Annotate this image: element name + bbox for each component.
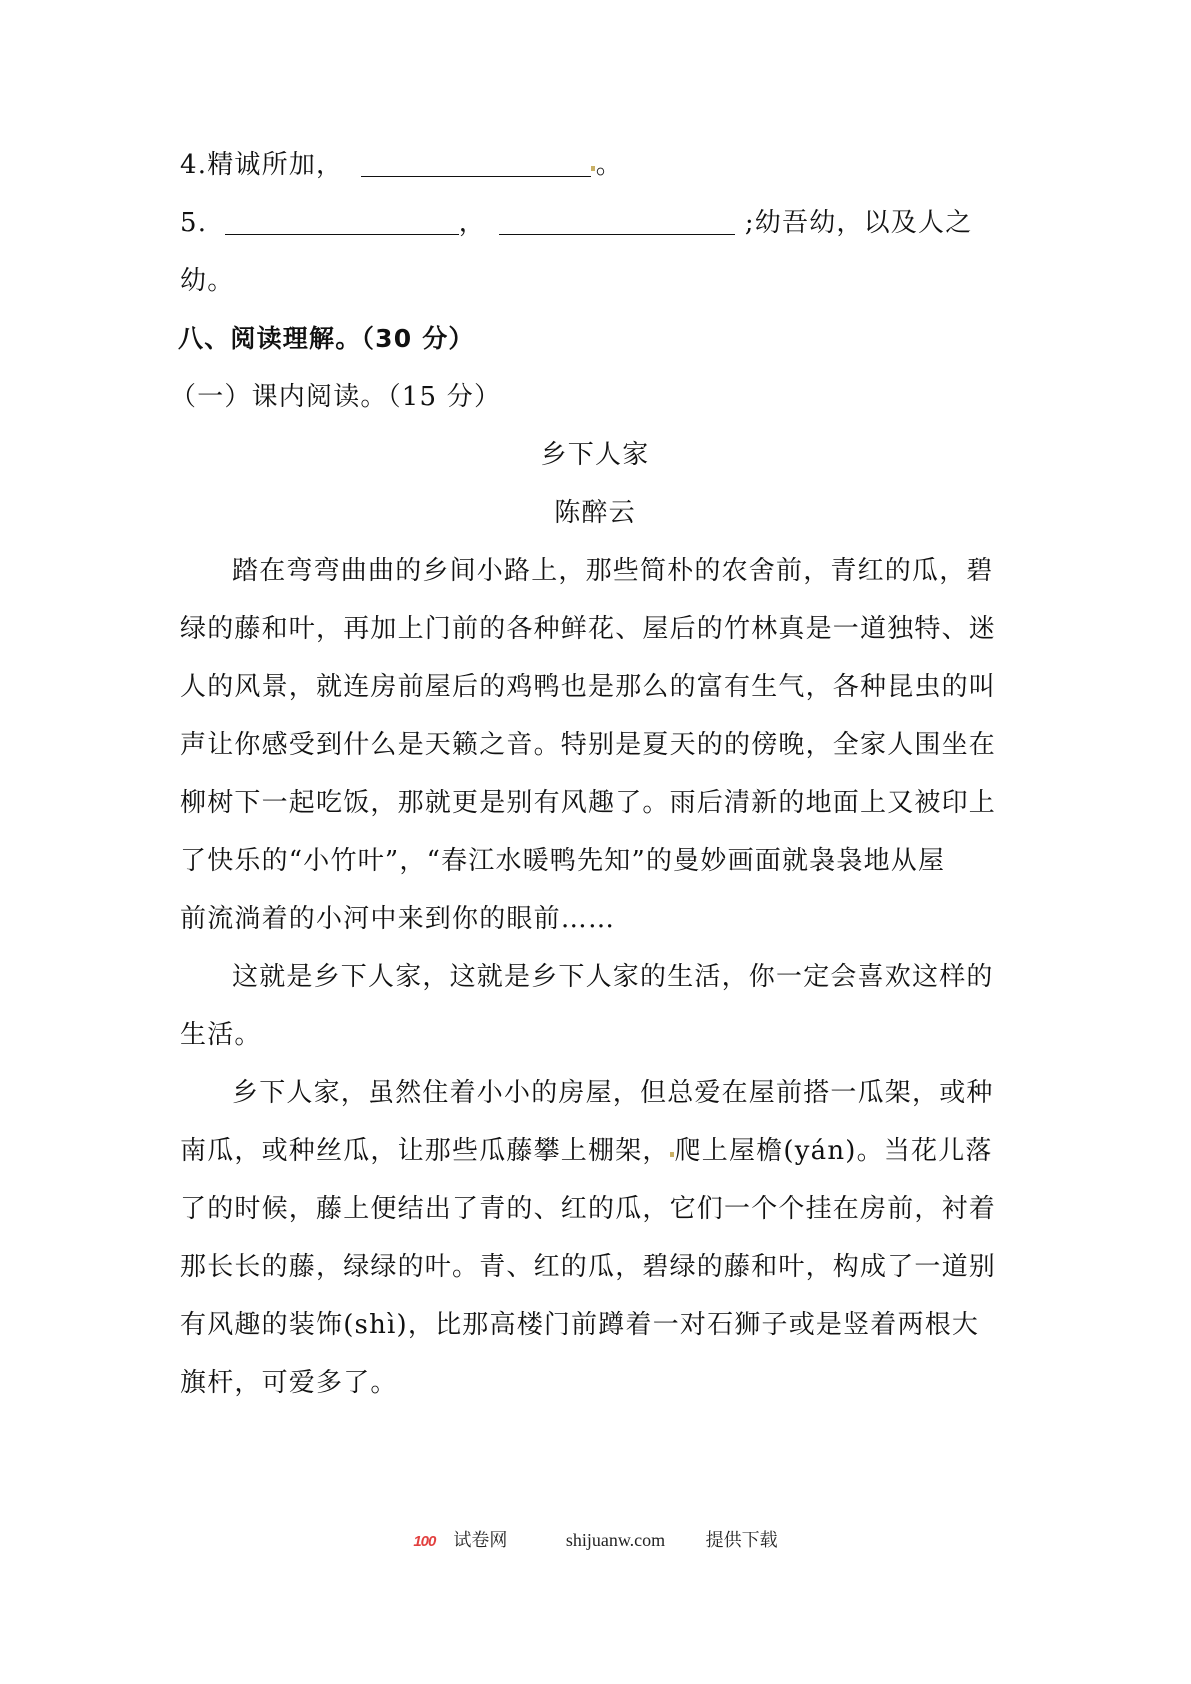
fill-question-5: 5. ， ;幼吾幼，以及人之 <box>180 206 972 240</box>
answer-blank[interactable] <box>361 150 591 177</box>
site-url[interactable]: shijuanw.com <box>566 1530 665 1550</box>
paragraph-line: 旗杆，可爱多了。 <box>180 1366 398 1400</box>
question-number: 4. <box>180 150 207 180</box>
page-footer: 100试卷网 shijuanw.com 提供下载 <box>0 1526 1191 1552</box>
line-segment: 爬上屋檐(yán)。当花儿落 <box>675 1136 993 1166</box>
paragraph-line: 这就是乡下人家，这就是乡下人家的生活，你一定会喜欢这样的 <box>232 960 994 994</box>
article-author: 陈醉云 <box>178 496 1012 530</box>
fill-question-5-continuation: 幼。 <box>180 264 234 298</box>
paragraph-line: 前流淌着的小河中来到你的眼前…… <box>180 902 615 936</box>
subsection-title: （一）课内阅读。（15 分） <box>170 380 501 414</box>
paragraph-line: 生活。 <box>180 1018 262 1052</box>
question-number: 5. <box>180 208 207 238</box>
section-title: 八、阅读理解。（30 分） <box>178 322 475 356</box>
paragraph-line: 那长长的藤，绿绿的叶。青、红的瓜，碧绿的藤和叶，构成了一道别 <box>180 1250 996 1284</box>
paragraph-line: 人的风景，就连房前屋后的鸡鸭也是那么的富有生气，各种昆虫的叫 <box>180 670 996 704</box>
separator: ， <box>459 208 486 238</box>
paragraph-line: 乡下人家，虽然住着小小的房屋，但总爱在屋前搭一瓜架，或种 <box>232 1076 994 1110</box>
question-suffix: ;幼吾幼，以及人之 <box>745 208 973 238</box>
paragraph-line: 南瓜，或种丝瓜，让那些瓜藤攀上棚架，爬上屋檐(yán)。当花儿落 <box>180 1134 993 1168</box>
fill-question-4: 4.精诚所加， 。 <box>180 148 623 182</box>
paragraph-line: 柳树下一起吃饭，那就更是别有风趣了。雨后清新的地面上又被印上 <box>180 786 996 820</box>
site-logo: 100试卷网 <box>395 1530 525 1550</box>
logo-text: 试卷网 <box>453 1530 507 1550</box>
answer-blank-2[interactable] <box>499 208 735 235</box>
paragraph-line: 了的时候，藤上便结出了青的、红的瓜，它们一个个挂在房前，衬着 <box>180 1192 996 1226</box>
marker-dot <box>670 1152 674 1157</box>
line-segment: 南瓜，或种丝瓜，让那些瓜藤攀上棚架， <box>180 1136 670 1166</box>
answer-blank-1[interactable] <box>225 208 459 235</box>
logo-100-icon: 100 <box>413 1533 435 1550</box>
download-note: 提供下载 <box>706 1530 778 1550</box>
paragraph-line: 了快乐的“小竹叶”，“春江水暖鸭先知”的曼妙画面就袅袅地从屋 <box>180 844 945 878</box>
article-title: 乡下人家 <box>178 438 1012 472</box>
paragraph-line: 声让你感受到什么是天籁之音。特别是夏天的的傍晚，全家人围坐在 <box>180 728 996 762</box>
marker-dot <box>591 166 595 171</box>
question-prefix: 精诚所加， <box>207 150 343 180</box>
paragraph-line: 绿的藤和叶，再加上门前的各种鲜花、屋后的竹林真是一道独特、迷 <box>180 612 996 646</box>
question-suffix: 。 <box>596 150 623 180</box>
paragraph-line: 有风趣的装饰(shì)，比那高楼门前蹲着一对石狮子或是竖着两根大 <box>180 1308 979 1342</box>
paragraph-line: 踏在弯弯曲曲的乡间小路上，那些简朴的农舍前，青红的瓜，碧 <box>232 554 994 588</box>
